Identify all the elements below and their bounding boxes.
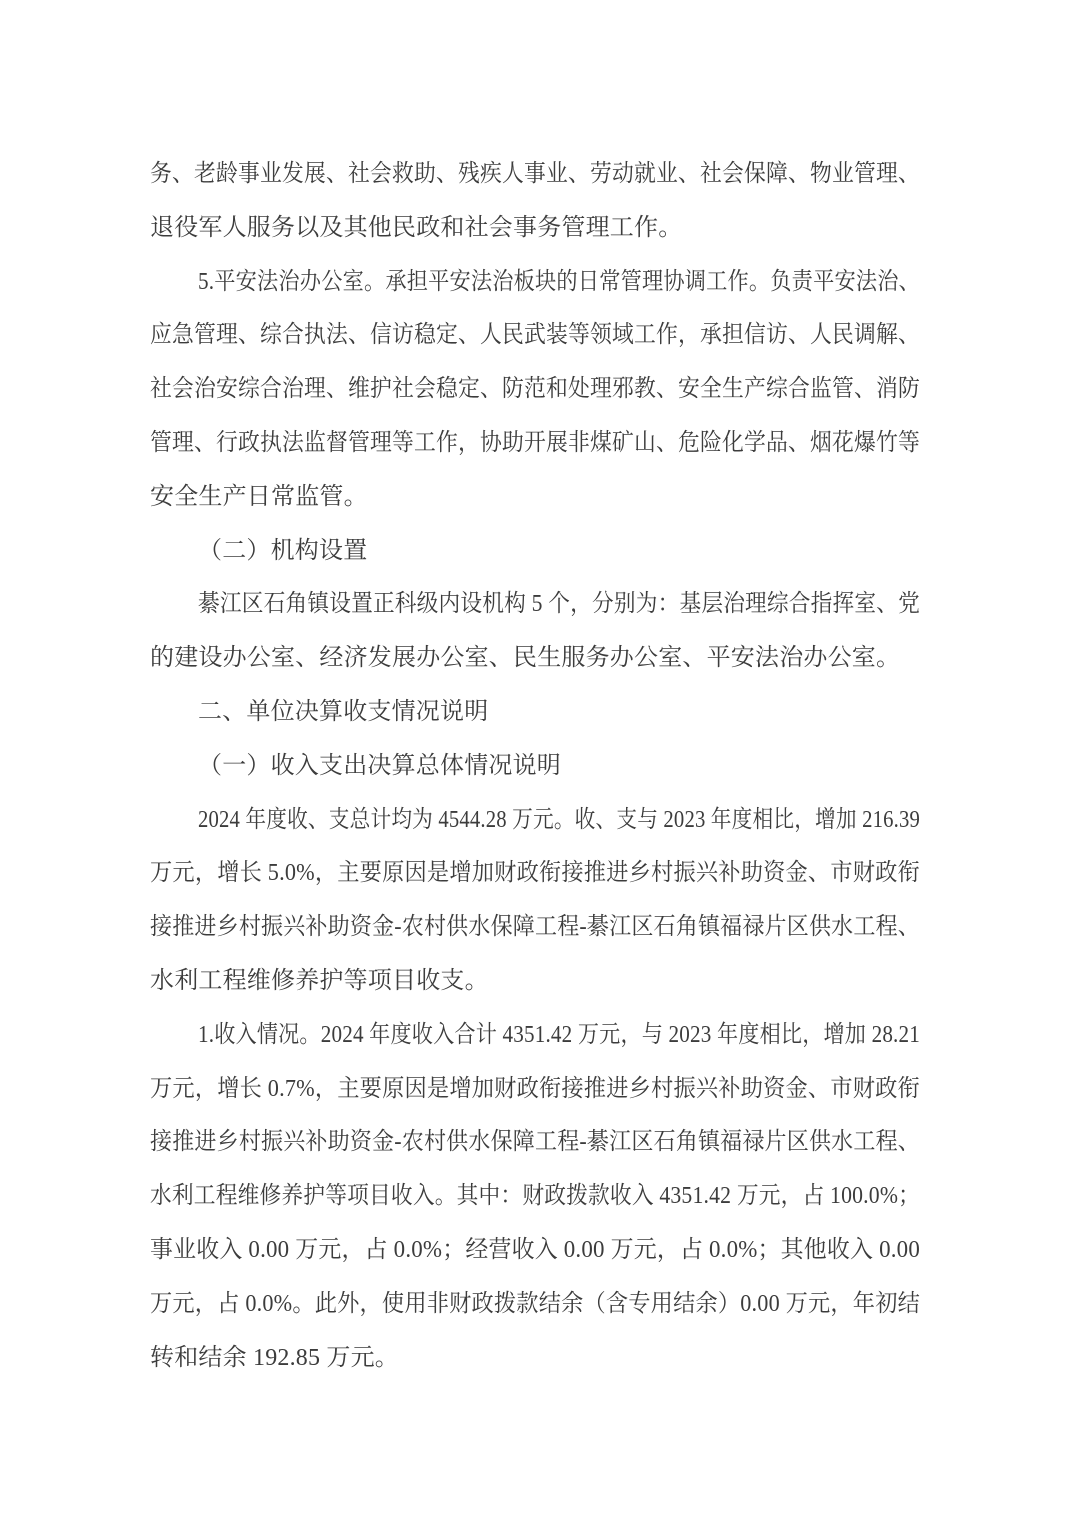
text-line-content: 水利工程维修养护等项目收入。其中：财政拨款收入 4351.42 万元，占 100… [150, 1170, 920, 1224]
text-line-content: 万元，增长 5.0%，主要原因是增加财政衔接推进乡村振兴补助资金、市财政衔 [150, 847, 920, 901]
text-line: 5.平安法治办公室。承担平安法治板块的日常管理协调工作。负责平安法治、 [150, 256, 920, 310]
paragraph: （一）收入支出决算总体情况说明 [150, 740, 920, 794]
paragraph: 綦江区石角镇设置正科级内设机构 5 个，分别为：基层治理综合指挥室、党的建设办公… [150, 578, 920, 686]
text-line-content: 转和结余 192.85 万元。 [150, 1332, 399, 1386]
text-line-content: 万元，占 0.0%。此外，使用非财政拨款结余（含专用结余）0.00 万元，年初结 [150, 1278, 920, 1332]
text-line: 务、老龄事业发展、社会救助、残疾人事业、劳动就业、社会保障、物业管理、 [150, 148, 920, 202]
text-line-content: 社会治安综合治理、维护社会稳定、防范和处理邪教、安全生产综合监管、消防 [150, 363, 920, 417]
text-line-content: 应急管理、综合执法、信访稳定、人民武装等领域工作，承担信访、人民调解、 [150, 309, 920, 363]
text-line: 管理、行政执法监督管理等工作，协助开展非煤矿山、危险化学品、烟花爆竹等 [150, 417, 920, 471]
text-line-content: （一）收入支出决算总体情况说明 [198, 740, 561, 794]
text-line: 2024 年度收、支总计均为 4544.28 万元。收、支与 2023 年度相比… [150, 794, 920, 848]
text-line: （一）收入支出决算总体情况说明 [150, 740, 920, 794]
text-line-content: 綦江区石角镇设置正科级内设机构 5 个，分别为：基层治理综合指挥室、党 [198, 578, 920, 632]
text-line-content: 5.平安法治办公室。承担平安法治板块的日常管理协调工作。负责平安法治、 [198, 256, 920, 310]
text-line-content: 管理、行政执法监督管理等工作，协助开展非煤矿山、危险化学品、烟花爆竹等 [150, 417, 920, 471]
text-line-content: 水利工程维修养护等项目收支。 [150, 955, 489, 1009]
text-line: （二）机构设置 [150, 525, 920, 579]
paragraph: 1.收入情况。2024 年度收入合计 4351.42 万元，与 2023 年度相… [150, 1009, 920, 1386]
text-line: 转和结余 192.85 万元。 [150, 1332, 920, 1386]
text-line: 应急管理、综合执法、信访稳定、人民武装等领域工作，承担信访、人民调解、 [150, 309, 920, 363]
text-line-content: 接推进乡村振兴补助资金-农村供水保障工程-綦江区石角镇福禄片区供水工程、 [150, 1116, 920, 1170]
text-line: 1.收入情况。2024 年度收入合计 4351.42 万元，与 2023 年度相… [150, 1009, 920, 1063]
text-line: 的建设办公室、经济发展办公室、民生服务办公室、平安法治办公室。 [150, 632, 920, 686]
document-body: 务、老龄事业发展、社会救助、残疾人事业、劳动就业、社会保障、物业管理、退役军人服… [150, 148, 920, 1385]
text-line-content: 万元，增长 0.7%，主要原因是增加财政衔接推进乡村振兴补助资金、市财政衔 [150, 1063, 920, 1117]
text-line-content: 2024 年度收、支总计均为 4544.28 万元。收、支与 2023 年度相比… [198, 794, 920, 848]
text-line: 二、单位决算收支情况说明 [150, 686, 920, 740]
document-page: 务、老龄事业发展、社会救助、残疾人事业、劳动就业、社会保障、物业管理、退役军人服… [0, 0, 1074, 1520]
text-line-content: （二）机构设置 [198, 525, 367, 579]
text-line: 社会治安综合治理、维护社会稳定、防范和处理邪教、安全生产综合监管、消防 [150, 363, 920, 417]
paragraph: 务、老龄事业发展、社会救助、残疾人事业、劳动就业、社会保障、物业管理、退役军人服… [150, 148, 920, 256]
text-line: 安全生产日常监管。 [150, 471, 920, 525]
text-line: 接推进乡村振兴补助资金-农村供水保障工程-綦江区石角镇福禄片区供水工程、 [150, 901, 920, 955]
text-line: 水利工程维修养护等项目收入。其中：财政拨款收入 4351.42 万元，占 100… [150, 1170, 920, 1224]
paragraph: （二）机构设置 [150, 525, 920, 579]
text-line-content: 的建设办公室、经济发展办公室、民生服务办公室、平安法治办公室。 [150, 632, 900, 686]
text-line: 水利工程维修养护等项目收支。 [150, 955, 920, 1009]
text-line-content: 安全生产日常监管。 [150, 471, 368, 525]
paragraph: 5.平安法治办公室。承担平安法治板块的日常管理协调工作。负责平安法治、应急管理、… [150, 256, 920, 525]
text-line: 接推进乡村振兴补助资金-农村供水保障工程-綦江区石角镇福禄片区供水工程、 [150, 1116, 920, 1170]
text-line: 万元，占 0.0%。此外，使用非财政拨款结余（含专用结余）0.00 万元，年初结 [150, 1278, 920, 1332]
text-line: 事业收入 0.00 万元，占 0.0%；经营收入 0.00 万元，占 0.0%；… [150, 1224, 920, 1278]
text-line-content: 二、单位决算收支情况说明 [198, 686, 488, 740]
text-line-content: 事业收入 0.00 万元，占 0.0%；经营收入 0.00 万元，占 0.0%；… [150, 1224, 920, 1278]
text-line: 万元，增长 0.7%，主要原因是增加财政衔接推进乡村振兴补助资金、市财政衔 [150, 1063, 920, 1117]
text-line: 綦江区石角镇设置正科级内设机构 5 个，分别为：基层治理综合指挥室、党 [150, 578, 920, 632]
text-line: 退役军人服务以及其他民政和社会事务管理工作。 [150, 202, 920, 256]
paragraph: 2024 年度收、支总计均为 4544.28 万元。收、支与 2023 年度相比… [150, 794, 920, 1009]
text-line: 万元，增长 5.0%，主要原因是增加财政衔接推进乡村振兴补助资金、市财政衔 [150, 847, 920, 901]
paragraph: 二、单位决算收支情况说明 [150, 686, 920, 740]
text-line-content: 1.收入情况。2024 年度收入合计 4351.42 万元，与 2023 年度相… [198, 1009, 920, 1063]
text-line-content: 退役军人服务以及其他民政和社会事务管理工作。 [150, 202, 682, 256]
text-line-content: 务、老龄事业发展、社会救助、残疾人事业、劳动就业、社会保障、物业管理、 [150, 148, 920, 202]
text-line-content: 接推进乡村振兴补助资金-农村供水保障工程-綦江区石角镇福禄片区供水工程、 [150, 901, 920, 955]
